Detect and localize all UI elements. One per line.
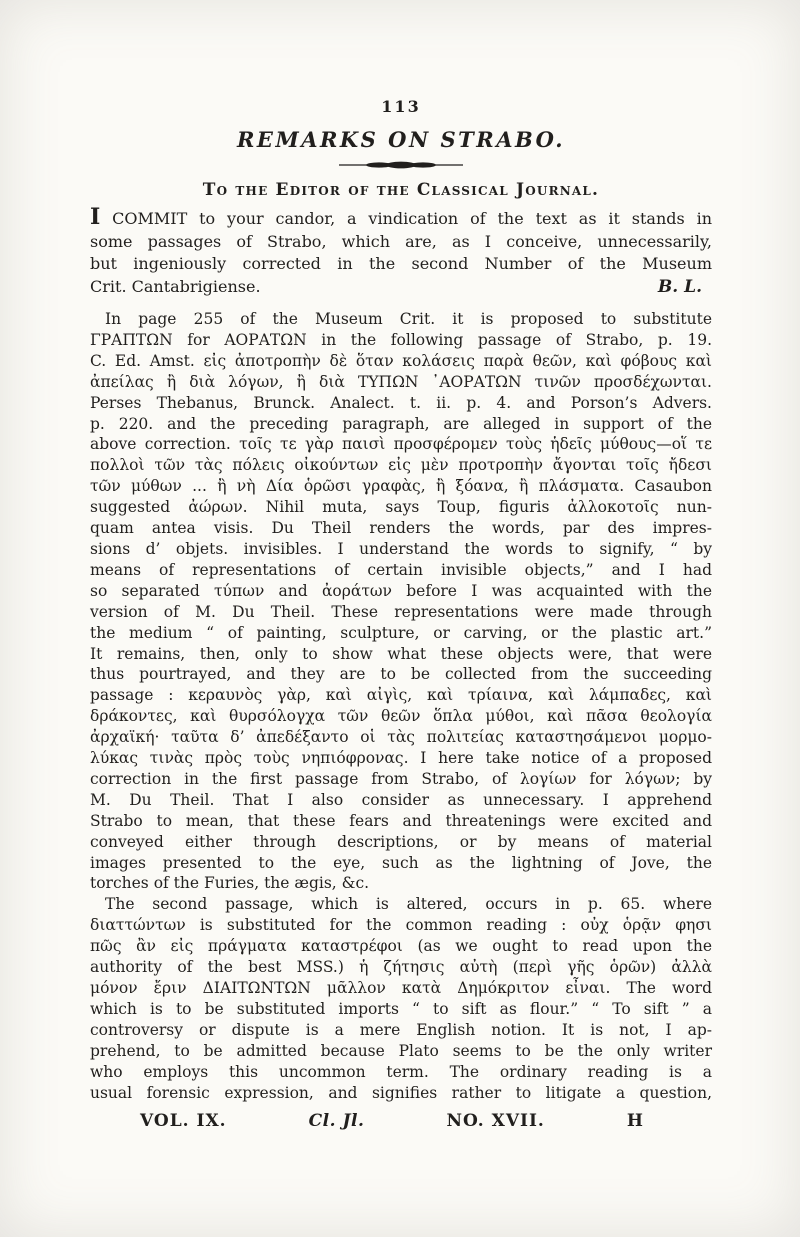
text-line: λύκας τινὰς πρὸς τοὺς νηπιόφρονας. I her…	[90, 748, 712, 769]
text-line: authority of the best MSS.) ἡ ζήτησις αὐ…	[90, 957, 712, 978]
text-line: suggested ἀώρων. Nihil muta, says Toup, …	[90, 497, 712, 518]
text-line: quam antea visis. Du Theil renders the w…	[90, 518, 712, 539]
text-line: passage : κεραυνὸς γὰρ, καὶ αἰγὶς, καὶ τ…	[90, 685, 712, 706]
text-line: but ingeniously corrected in the second …	[90, 253, 712, 276]
text-line: controversy or dispute is a mere English…	[90, 1020, 712, 1041]
text-line: correction in the first passage from Str…	[90, 769, 712, 790]
text-line: ἀρχαϊκή· ταῦτα δ’ ἀπεδέξαντο οἱ τὰς πολι…	[90, 727, 712, 748]
salutation: To the Editor of the Classical Journal.	[90, 180, 712, 200]
letter-signature: B. L.	[658, 276, 702, 299]
page-header: 113 REMARKS ON STRABO. To the Editor of …	[90, 98, 712, 200]
footer-signature-mark: H	[627, 1110, 644, 1132]
text-line: Perses Thebanus, Brunck. Analect. t. ii.…	[90, 393, 712, 414]
page-footer: VOL. IX. Cl. Jl. NO. XVII. H	[90, 1110, 712, 1132]
text-line: διαττώντων is substituted for the common…	[90, 915, 712, 936]
text-line: which is to be substituted imports “ to …	[90, 999, 712, 1020]
article-body: In page 255 of the Museum Crit. it is pr…	[90, 309, 712, 1103]
text-line: thus pourtrayed, and they are to be coll…	[90, 664, 712, 685]
text-line: above correction. τοῖς τε γὰρ παισὶ προσ…	[90, 434, 712, 455]
text-column: 113 REMARKS ON STRABO. To the Editor of …	[90, 98, 712, 1132]
journal-page: 113 REMARKS ON STRABO. To the Editor of …	[0, 0, 800, 1237]
text-line: some passages of Strabo, which are, as I…	[90, 231, 712, 254]
letter-opening: I COMMIT to your candor, a vindication o…	[90, 206, 712, 298]
text-line: ΓΡΑΠΤΩΝ for ΑΟΡΑΤΩΝ in the following pas…	[90, 330, 712, 351]
letter-closing-row: Crit. Cantabrigiense. B. L.	[90, 276, 712, 299]
text-line: usual forensic expression, and signifies…	[90, 1083, 712, 1104]
text-line: πολλοὶ τῶν τὰς πόλεις οἰκούντων εἰς μὲν …	[90, 455, 712, 476]
text-line: M. Du Theil. That I also consider as unn…	[90, 790, 712, 811]
paragraph-2: In page 255 of the Museum Crit. it is pr…	[90, 309, 712, 894]
text-line: the medium “ of painting, sculpture, or …	[90, 623, 712, 644]
text-line: means of representations of certain invi…	[90, 560, 712, 581]
page-number: 113	[90, 98, 712, 116]
text-line: p. 220. and the preceding paragraph, are…	[90, 414, 712, 435]
text-line: I COMMIT to your candor, a vindication o…	[90, 206, 712, 231]
text-line: ἀπείλας ἢ διὰ λόγων, ἢ διὰ ΤΥΠΩΝ ᾿ΑΟΡΑΤΩ…	[90, 372, 712, 393]
text-line: prehend, to be admitted because Plato se…	[90, 1041, 712, 1062]
footer-journal-abbrev: Cl. Jl.	[309, 1110, 365, 1132]
article-title: REMARKS ON STRABO.	[90, 128, 712, 152]
text-line: torches of the Furies, the ægis, &c.	[90, 873, 712, 894]
letter-closing-text: Crit. Cantabrigiense.	[90, 276, 261, 299]
text-line: The second passage, which is altered, oc…	[90, 894, 712, 915]
text-line: δράκοντες, καὶ θυρσόλογχα τῶν θεῶν ὅπλα …	[90, 706, 712, 727]
text-line: version of M. Du Theil. These representa…	[90, 602, 712, 623]
letter-opening-lines: I COMMIT to your candor, a vindication o…	[90, 206, 712, 276]
text-line: It remains, then, only to show what thes…	[90, 644, 712, 665]
text-line: Strabo to mean, that these fears and thr…	[90, 811, 712, 832]
text-line: who employs this uncommon term. The ordi…	[90, 1062, 712, 1083]
footer-issue-number: NO. XVII.	[446, 1110, 544, 1132]
paragraph-3: The second passage, which is altered, oc…	[90, 894, 712, 1103]
text-line: conveyed either through descriptions, or…	[90, 832, 712, 853]
text-line: sions d’ objets. invisibles. I understan…	[90, 539, 712, 560]
text-line: μόνον ἔριν ΔΙΑΙΤΩΝΤΩΝ μᾶλλον κατὰ Δημόκρ…	[90, 978, 712, 999]
footer-volume: VOL. IX.	[140, 1110, 227, 1132]
text-line: images presented to the eye, such as the…	[90, 853, 712, 874]
ornament-wrap	[90, 159, 712, 171]
text-line: so separated τύπων and ἀοράτων before I …	[90, 581, 712, 602]
text-line: πῶς ἂν εἰς πράγματα καταστρέφοι (as we o…	[90, 936, 712, 957]
text-line: τῶν μύθων ... ἢ νὴ Δία ὁρῶσι γραφὰς, ἢ ξ…	[90, 476, 712, 497]
text-line: C. Ed. Amst. εἰς ἀποτροπὴν δὲ ὅταν κολάσ…	[90, 351, 712, 372]
fleuron-rule-icon	[339, 159, 463, 171]
text-line: In page 255 of the Museum Crit. it is pr…	[90, 309, 712, 330]
